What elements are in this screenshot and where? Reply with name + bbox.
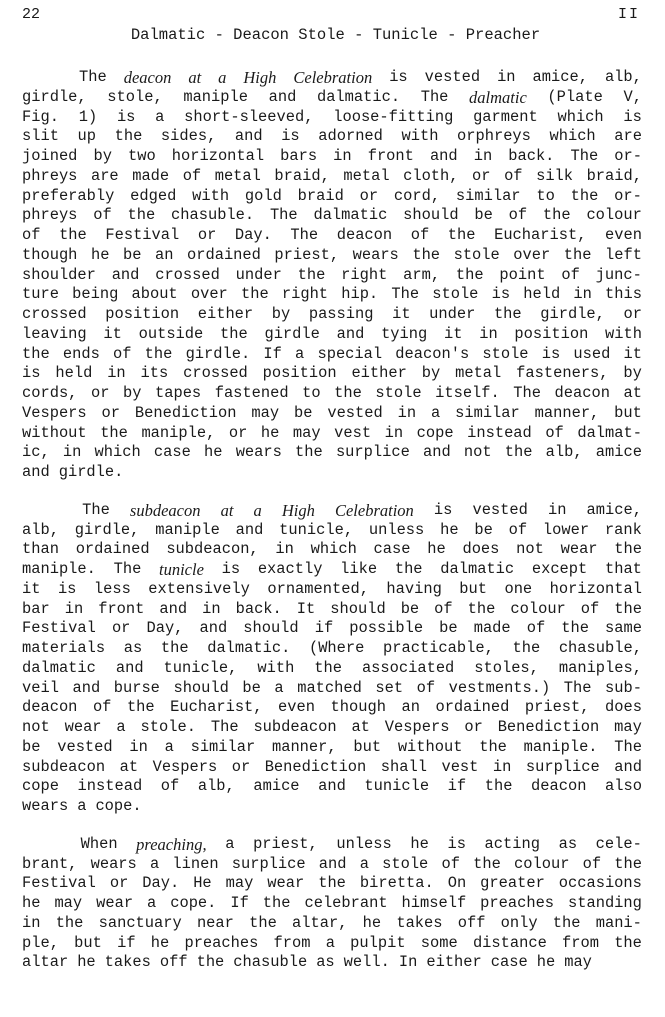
word: fastened <box>215 384 289 404</box>
word: and <box>318 777 346 797</box>
word: the <box>128 206 156 226</box>
word: point <box>499 266 545 286</box>
word: When <box>81 835 118 855</box>
word: he <box>427 540 445 560</box>
word: he <box>537 953 555 973</box>
word: from <box>562 934 599 954</box>
word: The <box>570 147 598 167</box>
word: maniple. <box>22 560 96 580</box>
word: dalmat- <box>577 424 642 444</box>
word: shall <box>381 758 427 778</box>
word: Vespers <box>22 404 87 424</box>
word: of <box>417 679 435 699</box>
word: the <box>241 285 269 305</box>
word: be <box>401 600 419 620</box>
word: surplice <box>336 443 410 463</box>
word: one <box>504 580 532 600</box>
word: chasuble, <box>559 639 642 659</box>
word: acting <box>485 835 540 855</box>
word: the <box>314 659 342 679</box>
word: a <box>116 718 125 738</box>
word: is <box>447 835 465 855</box>
word: the <box>295 443 323 463</box>
word: or <box>198 226 216 246</box>
word: to <box>536 187 554 207</box>
word: ends <box>63 345 100 365</box>
word: cope. <box>95 797 141 817</box>
word: but <box>74 934 102 954</box>
word: outside <box>139 325 204 345</box>
word: in <box>479 325 497 345</box>
word: dalmatic. <box>207 639 290 659</box>
word: if <box>117 934 135 954</box>
word: deacon <box>337 226 392 246</box>
text-line: girdle,stole,manipleanddalmatic.Thedalma… <box>22 88 642 108</box>
text-line: VespersorBenedictionmaybevestedinasimila… <box>22 404 642 424</box>
word: stole <box>454 246 500 266</box>
word: wear <box>96 894 133 914</box>
word: the <box>220 325 248 345</box>
text-line: Whenpreaching,apriest,unlessheisactingas… <box>22 835 642 855</box>
word: may <box>293 424 321 444</box>
word: be <box>294 404 312 424</box>
text-line: FestivalorDay,andshouldifpossiblebemadeo… <box>22 619 642 639</box>
word: the <box>485 777 513 797</box>
word: The <box>79 68 107 88</box>
word: tapes <box>155 384 201 404</box>
word: in <box>275 540 293 560</box>
word: gold <box>245 187 282 207</box>
emphasized-word: at <box>188 68 201 88</box>
word: he <box>91 246 109 266</box>
word: the <box>614 600 642 620</box>
word: associated <box>362 659 454 679</box>
word: in <box>129 738 147 758</box>
word: position <box>514 325 588 345</box>
text-line: ThesubdeaconataHighCelebrationisvestedin… <box>22 501 642 521</box>
text-line: brant,wearsalinensurpliceandastoleofthec… <box>22 855 642 875</box>
word: of <box>583 855 601 875</box>
word: priest, <box>525 698 590 718</box>
word: chasuble. <box>171 206 254 226</box>
word: takes <box>105 953 151 973</box>
word: the <box>145 345 173 365</box>
word: and <box>423 443 451 463</box>
word: he <box>261 424 279 444</box>
word: and <box>199 619 227 639</box>
word: brant, <box>22 855 77 875</box>
word: instead <box>467 424 532 444</box>
word: amice, <box>587 501 642 521</box>
word: of <box>183 167 201 187</box>
word: and <box>116 659 144 679</box>
word: which <box>549 127 595 147</box>
word: and <box>235 127 263 147</box>
word: priest, <box>274 246 339 266</box>
word: the <box>249 914 277 934</box>
word: amice, <box>533 68 588 88</box>
word: surplice <box>526 758 600 778</box>
word: chasuble <box>233 953 307 973</box>
word: amice <box>253 777 299 797</box>
text-line: bevestedinasimilarmanner,butwithoutthema… <box>22 738 642 758</box>
text-line: thanordainedsubdeacon,inwhichcasehedoesn… <box>22 540 642 560</box>
word: near <box>197 914 234 934</box>
word: slit <box>22 127 59 147</box>
word: stole <box>482 345 528 365</box>
word: Day. <box>142 874 179 894</box>
word: that <box>605 560 642 580</box>
word: manner, <box>272 738 337 758</box>
word: right <box>341 266 387 286</box>
word: hip. <box>341 285 378 305</box>
word: cope <box>22 777 59 797</box>
word: he <box>440 521 458 541</box>
word: girdle. <box>59 463 124 483</box>
text-line: ThedeaconataHighCelebrationisvestedinami… <box>22 68 642 88</box>
word: adorned <box>318 127 383 147</box>
text-line: turebeingaboutovertherighthip.Thestoleis… <box>22 285 642 305</box>
word: should <box>403 206 458 226</box>
text-line: andgirdle. <box>22 463 642 483</box>
word: stoles, <box>474 659 539 679</box>
word: a <box>274 679 283 699</box>
word: it <box>22 580 40 600</box>
word: preaches <box>480 894 554 914</box>
word: of <box>434 600 452 620</box>
word: metal <box>215 167 261 187</box>
text-line: wearsacope. <box>22 797 642 817</box>
word: mani- <box>596 914 642 934</box>
word: or <box>102 404 120 424</box>
word: deacon <box>531 777 586 797</box>
word: the <box>473 855 501 875</box>
word: biretta. <box>360 874 434 894</box>
word: he <box>410 835 428 855</box>
word: rank <box>605 521 642 541</box>
word: should <box>173 679 228 699</box>
text-line: materialsasthedalmatic.(Wherepracticable… <box>22 639 642 659</box>
text-line: alb,girdle,manipleandtunicle,unlesshebeo… <box>22 521 642 541</box>
word: being <box>72 285 118 305</box>
word: (Plate <box>547 88 602 108</box>
word: with <box>401 127 438 147</box>
word: If <box>230 894 248 914</box>
word: is <box>58 580 76 600</box>
word: should <box>243 619 298 639</box>
body-text: ThedeaconataHighCelebrationisvestedinami… <box>22 68 642 991</box>
word: silk <box>536 167 573 187</box>
word: fasteners, <box>516 364 608 384</box>
word: altar, <box>292 914 347 934</box>
word: in <box>65 600 83 620</box>
word: but <box>459 580 487 600</box>
word: himself <box>402 894 467 914</box>
word: girdle. <box>186 345 251 365</box>
word: made <box>474 619 511 639</box>
word: crossed <box>183 364 248 384</box>
word: but <box>614 404 642 424</box>
word: not <box>516 540 544 560</box>
word: the <box>412 246 440 266</box>
word: practicable, <box>383 639 494 659</box>
emphasized-word: High <box>282 501 315 521</box>
text-line: theendsofthegirdle.Ifaspecialdeacon'ssto… <box>22 345 642 365</box>
word: Vespers <box>385 718 450 738</box>
word: preaches <box>184 934 258 954</box>
word: ordained <box>76 540 150 560</box>
word: tunicle <box>364 777 429 797</box>
word: at <box>624 384 642 404</box>
word: colour <box>510 600 565 620</box>
word: stole <box>382 855 428 875</box>
word: the <box>468 600 496 620</box>
word: the <box>614 855 642 875</box>
word: of <box>545 424 563 444</box>
word: wear <box>267 874 304 894</box>
word: is <box>117 108 135 128</box>
word: maniple <box>183 88 248 108</box>
word: braid <box>298 187 344 207</box>
word: be <box>474 521 492 541</box>
word: used <box>573 345 610 365</box>
word: similar <box>191 738 256 758</box>
word: subdeacon <box>253 718 336 738</box>
word: crossed <box>155 266 220 286</box>
emphasized-word: at <box>221 501 234 521</box>
word: ture <box>22 285 59 305</box>
word: leaving <box>22 325 87 345</box>
word: be <box>242 679 260 699</box>
word: off <box>160 953 188 973</box>
running-title: Dalmatic - Deacon Stole - Tunicle - Prea… <box>0 26 665 45</box>
word: though <box>331 698 386 718</box>
word: ordained <box>187 246 261 266</box>
word: phreys <box>22 206 77 226</box>
word: or <box>91 384 109 404</box>
word: garment <box>473 108 538 128</box>
emphasized-word: a <box>254 501 262 521</box>
word: it <box>103 325 121 345</box>
word: alb, <box>198 777 235 797</box>
word: from <box>274 934 311 954</box>
word: like <box>340 560 377 580</box>
word: also <box>605 777 642 797</box>
word: The <box>270 206 298 226</box>
word: cope <box>417 424 454 444</box>
word: In <box>399 953 417 973</box>
word: joined <box>22 147 77 167</box>
word: dalmatic. <box>317 88 400 108</box>
word: He <box>193 874 211 894</box>
word: exactly <box>258 560 323 580</box>
word: by <box>272 305 290 325</box>
word: two <box>128 147 156 167</box>
word: not <box>22 718 50 738</box>
word: he <box>204 443 222 463</box>
word: front <box>368 147 414 167</box>
word: left <box>605 246 642 266</box>
word: up <box>78 127 96 147</box>
word: vested <box>57 738 112 758</box>
text-line: leavingitoutsidethegirdleandtyingitinpos… <box>22 325 642 345</box>
text-line: Fig.1)isashort-sleeved,loose-fittinggarm… <box>22 108 642 128</box>
word: the <box>395 560 423 580</box>
word: should <box>330 600 385 620</box>
word: wears <box>22 797 68 817</box>
word: of <box>504 167 522 187</box>
text-line: copeinsteadofalb,amiceandtunicleifthedea… <box>22 777 642 797</box>
word: Benediction <box>135 404 237 424</box>
word: well. <box>344 953 390 973</box>
word: the <box>22 345 50 365</box>
word: made <box>132 167 169 187</box>
word: lower <box>543 521 589 541</box>
word: a <box>155 108 164 128</box>
word: Eucharist, <box>170 698 262 718</box>
word: be <box>439 619 457 639</box>
word: its <box>141 364 169 384</box>
word: or <box>232 758 250 778</box>
word: horizontal <box>172 147 264 167</box>
word: if <box>448 777 466 797</box>
word: as <box>559 835 577 855</box>
word: set <box>375 679 403 699</box>
text-line: preferablyedgedwithgoldbraidorcord,simil… <box>22 187 642 207</box>
word: with <box>257 659 294 679</box>
word: similar <box>456 187 521 207</box>
word: of <box>509 206 527 226</box>
word: of <box>509 521 527 541</box>
word: of <box>581 600 599 620</box>
word: does <box>462 540 499 560</box>
word: the <box>494 305 522 325</box>
indent <box>22 835 62 855</box>
word: The <box>114 560 142 580</box>
word: as <box>316 953 334 973</box>
word: priest, <box>253 835 318 855</box>
word: wear <box>65 718 102 738</box>
word: of <box>441 855 459 875</box>
emphasized-word: a <box>218 68 226 88</box>
emphasized-word: subdeacon <box>130 501 201 521</box>
word: vested <box>472 501 527 521</box>
word: similar <box>455 404 520 424</box>
word: manner, <box>535 404 600 424</box>
word: off <box>458 914 486 934</box>
word: The <box>290 226 318 246</box>
word: Benediction <box>265 758 367 778</box>
text-line: cords,orbytapesfastenedtothestoleitself.… <box>22 384 642 404</box>
word: vest <box>441 758 478 778</box>
word: if <box>315 619 333 639</box>
word: On <box>448 874 466 894</box>
word: is <box>492 285 510 305</box>
word: The <box>421 88 449 108</box>
word: The <box>614 738 642 758</box>
word: the <box>197 953 225 973</box>
word: he <box>22 894 40 914</box>
word: may <box>54 894 82 914</box>
word: and <box>269 88 297 108</box>
word: unless <box>369 521 424 541</box>
word: stole <box>375 384 421 404</box>
word: colour <box>586 206 641 226</box>
word: he <box>151 934 169 954</box>
word: right <box>282 285 328 305</box>
word: and <box>614 758 642 778</box>
word: special <box>317 345 382 365</box>
word: dalmatic <box>440 560 514 580</box>
word: of <box>561 266 579 286</box>
text-line: inthesanctuarynearthealtar,hetakesoffonl… <box>22 914 642 934</box>
word: with <box>192 187 229 207</box>
word: the <box>115 127 143 147</box>
text-line: itislessextensivelyornamented,havingbuto… <box>22 580 642 600</box>
word: case <box>154 443 191 463</box>
word: loose-fitting <box>333 108 453 128</box>
word: the <box>614 934 642 954</box>
word: The <box>82 501 110 521</box>
text-line: phreysofthechasuble.Thedalmaticshouldbeo… <box>22 206 642 226</box>
word: the <box>298 266 326 286</box>
word: either <box>198 305 253 325</box>
text-line: withoutthemaniple,orhemayvestincopeinste… <box>22 424 642 444</box>
word: may <box>614 718 642 738</box>
word: maniple, <box>141 424 215 444</box>
word: are <box>614 127 642 147</box>
word: alb, <box>605 68 642 88</box>
word: a <box>225 835 234 855</box>
word: crossed <box>22 305 87 325</box>
word: possible <box>349 619 423 639</box>
word: deacon <box>22 698 77 718</box>
word: linen <box>172 855 218 875</box>
word: distance <box>473 934 547 954</box>
word: in <box>548 501 566 521</box>
word: maniple <box>155 521 220 541</box>
text-line: maniple.Thetunicleisexactlylikethedalmat… <box>22 560 642 580</box>
word: wear <box>561 540 598 560</box>
word: preferably <box>22 187 114 207</box>
text-line: isheldinitscrossedpositioneitherbymetalf… <box>22 364 642 384</box>
word: having <box>386 580 441 600</box>
word: of <box>161 777 179 797</box>
word: only <box>501 914 538 934</box>
word: wears <box>91 855 137 875</box>
word: wears <box>353 246 399 266</box>
word: by <box>123 384 141 404</box>
word: either <box>426 953 481 973</box>
word: the <box>553 914 581 934</box>
word: be <box>22 738 40 758</box>
word: some <box>421 934 458 954</box>
word: an <box>401 698 419 718</box>
word: is <box>623 108 641 128</box>
word: vest <box>334 424 371 444</box>
word: of <box>93 698 111 718</box>
word: The <box>211 718 239 738</box>
word: the <box>263 894 291 914</box>
word: without <box>398 738 463 758</box>
word: stole <box>432 285 478 305</box>
word: he <box>363 914 381 934</box>
word: subdeacon <box>22 758 105 778</box>
word: the <box>614 540 642 560</box>
word: girdle, <box>22 88 87 108</box>
word: the <box>318 874 346 894</box>
text-line: ple,butifhepreachesfromapulpitsomedistan… <box>22 934 642 954</box>
